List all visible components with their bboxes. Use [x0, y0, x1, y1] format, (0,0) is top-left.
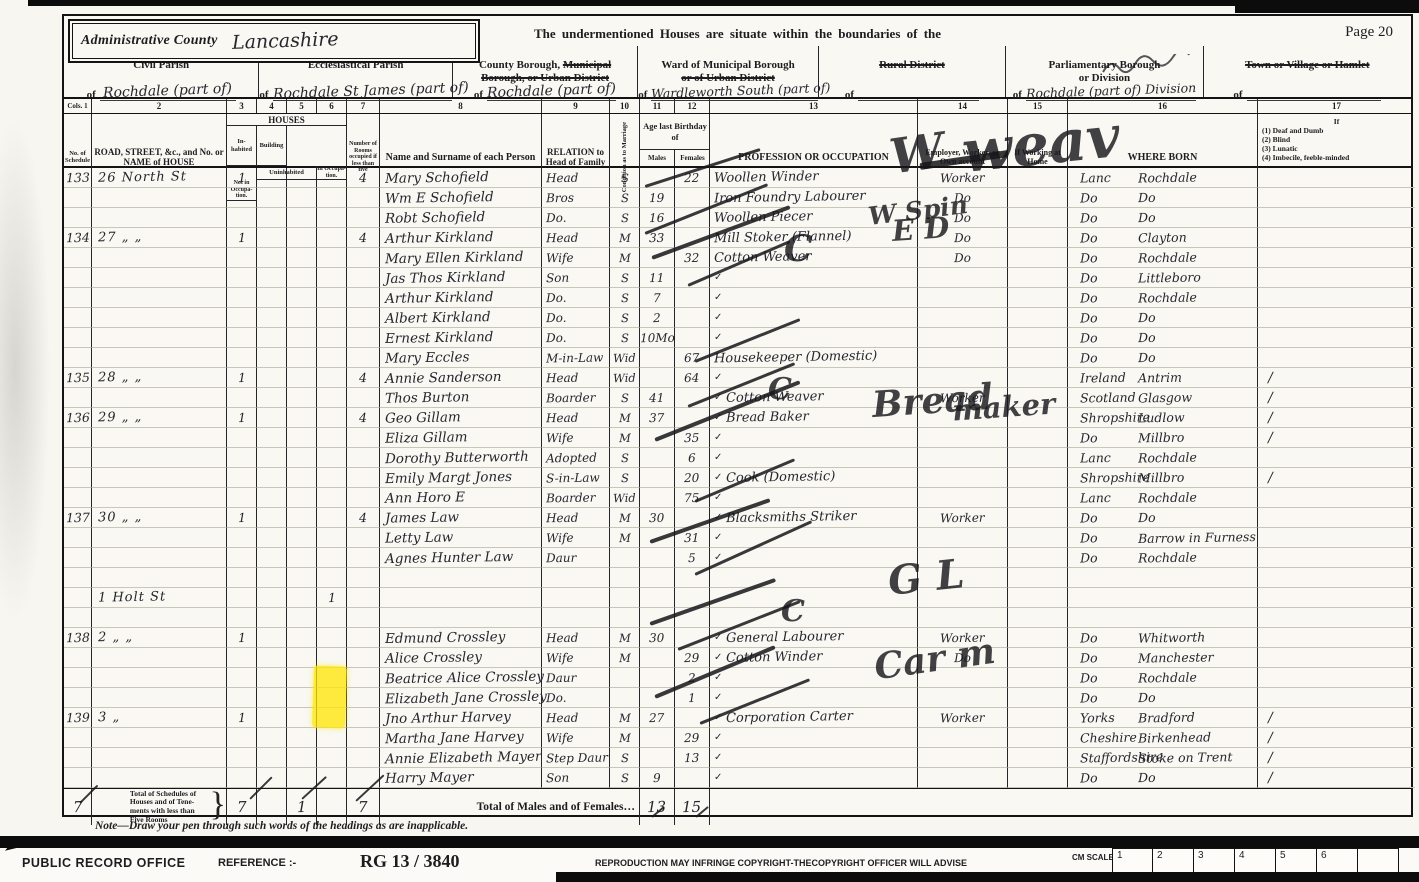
rooms-cell: [347, 548, 380, 568]
road-cell: [92, 468, 227, 488]
uninhabited-occupied-cell: [257, 708, 287, 728]
born-cell: LancRochdale: [1068, 448, 1258, 468]
employer-cell: [918, 688, 1008, 708]
census-row: Dorothy ButterworthAdoptedS6✓LancRochdal…: [64, 448, 1411, 468]
employer-cell: [918, 608, 1008, 628]
born-county: Lanc: [1080, 489, 1138, 505]
age-male-cell-text: 7: [653, 290, 661, 304]
schedule-cell: [64, 488, 92, 508]
column-number: 7: [347, 99, 380, 113]
road-cell: [92, 728, 227, 748]
home-work-cell: [1008, 588, 1068, 608]
age-male-cell: [640, 568, 675, 588]
occupation-cell: ✓: [710, 668, 918, 688]
age-female-cell-text: 13: [684, 750, 700, 764]
born-cell: IrelandAntrim: [1068, 368, 1258, 388]
condition-cell-text: Wid: [613, 490, 636, 504]
employer-cell-text: Worker: [940, 170, 985, 185]
relation-cell: Son: [542, 768, 610, 788]
uninhabited-occupied-cell: [257, 228, 287, 248]
uninhabited-occupied-cell: [257, 588, 287, 608]
name-cell: Agnes Hunter Law: [380, 548, 542, 568]
condition-cell-text: S: [620, 750, 628, 764]
inhabited-cell-text: 1: [237, 370, 245, 385]
home-work-cell: [1008, 568, 1068, 588]
name-cell: Alice Crossley: [380, 648, 542, 668]
employer-cell-text: Do: [954, 230, 971, 244]
highlighter-mark: [312, 665, 347, 728]
relation-cell-text: Daur: [546, 550, 576, 565]
age-male-cell: 9: [640, 768, 675, 788]
uninhabited-occupied-cell: [257, 248, 287, 268]
name-cell-text: Wm E Schofield: [385, 189, 494, 207]
name-cell: Eliza Gillam: [380, 428, 542, 448]
name-cell: Ann Horo E: [380, 488, 542, 508]
age-female-cell: 20: [675, 468, 710, 488]
infirmity-cell: [1258, 608, 1415, 628]
born-cell: [1068, 568, 1258, 588]
census-row: Eliza GillamWifeM35✓DoMillbro/: [64, 428, 1411, 448]
age-male-cell: [640, 548, 675, 568]
building-cell: [317, 528, 347, 548]
name-cell-text: Mary Ellen Kirkland: [385, 248, 524, 266]
condition-cell: [610, 608, 640, 628]
schedule-cell: [64, 668, 92, 688]
uninhabited-not-occupied-cell: [287, 228, 317, 248]
parliamentary-value: Rochdale (part of) Division: [1026, 80, 1197, 101]
of-label: of: [87, 89, 96, 101]
inhabited-cell: 1: [227, 708, 257, 728]
condition-cell: M: [610, 708, 640, 728]
relation-cell: Daur: [542, 668, 610, 688]
rooms-cell: [347, 728, 380, 748]
rooms-cell: [347, 188, 380, 208]
uninhabited-not-occupied-cell: [287, 248, 317, 268]
uninhabited-occupied-cell: [257, 608, 287, 628]
uninhabited-not-occupied-cell: [287, 268, 317, 288]
name-cell: Letty Law: [380, 528, 542, 548]
relation-cell: Wife: [542, 528, 610, 548]
road-cell: [92, 188, 227, 208]
age-female-cell-text: 29: [684, 650, 700, 664]
home-work-cell: [1008, 488, 1068, 508]
born-place: Rochdale: [1138, 249, 1197, 265]
age-male-cell: [640, 748, 675, 768]
schedule-cell: [64, 608, 92, 628]
born-place: Do: [1138, 350, 1156, 365]
age-female-cell-text: 29: [684, 730, 700, 744]
column-number: 15: [1008, 99, 1068, 113]
inhabited-cell-text: 1: [237, 410, 245, 425]
employer-cell-text: Do: [954, 210, 971, 224]
born-cell: DoRochdale: [1068, 668, 1258, 688]
condition-cell-text: S: [620, 390, 628, 404]
infirmity-cell-text: /: [1268, 709, 1273, 725]
relation-cell-text: Head: [546, 230, 579, 245]
rooms-cell-text: 4: [359, 410, 367, 425]
uninhabited-not-occupied-cell: [287, 428, 317, 448]
inhabited-cell: [227, 668, 257, 688]
employer-cell: [918, 528, 1008, 548]
born-cell: DoWhitworth: [1068, 628, 1258, 648]
uninhabited-not-occupied-cell: [287, 288, 317, 308]
name-cell-text: Jno Arthur Harvey: [385, 708, 511, 726]
building-cell: [317, 268, 347, 288]
inhabited-cell-text: 1: [237, 630, 245, 645]
scan-smudge-left: [0, 120, 50, 620]
name-cell-text: Alice Crossley: [385, 649, 482, 667]
schedule-cell-text: 134: [65, 230, 89, 245]
uninhabited-not-occupied-cell: [287, 188, 317, 208]
column-number: 13: [710, 99, 918, 113]
rooms-cell: [347, 648, 380, 668]
rooms-cell-text: 4: [359, 370, 367, 385]
age-female-cell: 6: [675, 448, 710, 468]
age-female-cell: 32: [675, 248, 710, 268]
building-cell: [317, 468, 347, 488]
born-county: Do: [1080, 689, 1138, 705]
administrative-county-box: Administrative County Lancashire: [68, 19, 480, 63]
uninhabited-occupied-cell: [257, 328, 287, 348]
born-cell: DoManchester: [1068, 648, 1258, 668]
born-place: Whitworth: [1138, 629, 1205, 645]
road-cell: [92, 428, 227, 448]
condition-cell-text: S: [620, 270, 628, 284]
employer-cell-text: Worker: [940, 630, 985, 645]
born-cell: DoDo: [1068, 208, 1258, 228]
checkmark: ✓: [714, 332, 722, 343]
inhabited-cell: 1: [227, 228, 257, 248]
name-cell: Martha Jane Harvey: [380, 728, 542, 748]
age-female-cell: 64: [675, 368, 710, 388]
inhabited-cell-text: 1: [237, 230, 245, 245]
census-row: Mary EcclesM-in-LawWid67Housekeeper (Dom…: [64, 348, 1411, 368]
inhabited-cell: [227, 388, 257, 408]
condition-cell-text: S: [620, 770, 628, 784]
born-cell: YorksBradford: [1068, 708, 1258, 728]
schedule-cell-text: 135: [65, 370, 89, 385]
born-place: Rochdale: [1138, 169, 1197, 185]
census-row: Martha Jane HarveyWifeM29✓CheshireBirken…: [64, 728, 1411, 748]
employer-cell: Do: [918, 248, 1008, 268]
uninhabited-not-occupied-cell: [287, 488, 317, 508]
road-cell: 2 „ „: [92, 628, 227, 648]
condition-cell-text: M: [618, 410, 630, 424]
born-place: Millbro: [1138, 430, 1185, 446]
inhabited-cell: 1: [227, 508, 257, 528]
col-header-inhabited: In- habited: [227, 138, 256, 152]
schedule-cell: [64, 688, 92, 708]
home-work-cell: [1008, 608, 1068, 628]
name-cell-text: Dorothy Butterworth: [385, 448, 529, 467]
uninhabited-not-occupied-cell: [287, 388, 317, 408]
occupation-cell: ✓: [710, 268, 918, 288]
uninhabited-occupied-cell: [257, 528, 287, 548]
name-cell-text: Agnes Hunter Law: [385, 548, 513, 566]
born-cell: DoDo: [1068, 688, 1258, 708]
infirmity-cell: [1258, 488, 1415, 508]
uninhabited-occupied-cell: [257, 628, 287, 648]
schedule-cell: 135: [64, 368, 92, 388]
schedule-cell: 134: [64, 228, 92, 248]
schedule-cell: 136: [64, 408, 92, 428]
infirmity-cell-text: /: [1268, 749, 1273, 765]
name-cell: Harry Mayer: [380, 768, 542, 788]
occupation-cell: ✓: [710, 728, 918, 748]
rooms-cell: [347, 748, 380, 768]
ward-title: Ward of Municipal Borough: [638, 59, 817, 72]
infirmity-cell: /: [1258, 428, 1415, 448]
relation-cell: Wife: [542, 728, 610, 748]
uninhabited-not-occupied-cell: [287, 308, 317, 328]
relation-cell: Do.: [542, 308, 610, 328]
relation-cell-text: Adopted: [546, 450, 597, 465]
born-county: Do: [1080, 349, 1138, 365]
relation-cell: Head: [542, 408, 610, 428]
road-cell: 30 „ „: [92, 508, 227, 528]
infirmity-cell: [1258, 568, 1415, 588]
column-number: 16: [1068, 99, 1258, 113]
age-female-cell: 29: [675, 728, 710, 748]
road-cell: 27 „ „: [92, 228, 227, 248]
inhabited-cell: [227, 268, 257, 288]
col-header-born: WHERE BORN: [1128, 152, 1198, 164]
infirmity-cell: [1258, 348, 1415, 368]
relation-cell: [542, 588, 610, 608]
employer-cell: [918, 268, 1008, 288]
name-cell-text: Letty Law: [385, 529, 454, 546]
age-male-cell: 41: [640, 388, 675, 408]
uninhabited-not-occupied-cell: [287, 468, 317, 488]
road-cell: [92, 248, 227, 268]
age-female-cell-text: 20: [684, 470, 700, 484]
uninhabited-not-occupied-cell: [287, 348, 317, 368]
age-female-cell: [675, 768, 710, 788]
uninhabited-not-occupied-cell: [287, 368, 317, 388]
infirmity-cell-text: /: [1268, 769, 1273, 785]
checkmark: ✓: [714, 312, 722, 323]
occupation-cell: ✓: [710, 768, 918, 788]
building-cell: [317, 168, 347, 188]
inhabited-cell: 1: [227, 408, 257, 428]
road-cell: [92, 748, 227, 768]
born-county: Scotland: [1080, 389, 1138, 405]
employer-cell-text: Worker: [940, 710, 985, 725]
column-number: 6: [317, 99, 347, 113]
rooms-cell: [347, 328, 380, 348]
census-row: 1393 „1Jno Arthur HarveyHeadM27✓Corporat…: [64, 708, 1411, 728]
relation-cell-text: Daur: [546, 670, 576, 685]
age-female-cell-text: 35: [684, 430, 700, 444]
born-place: Clayton: [1138, 230, 1187, 246]
home-work-cell: [1008, 188, 1068, 208]
col-header-road: ROAD, STREET, &c., and No. or NAME of HO…: [94, 147, 224, 168]
relation-cell: Adopted: [542, 448, 610, 468]
building-cell: [317, 508, 347, 528]
town-village-title: Town or Village or Hamlet: [1204, 59, 1411, 72]
name-cell: Geo Gillam: [380, 408, 542, 428]
rooms-cell: [347, 668, 380, 688]
rooms-cell: [347, 248, 380, 268]
born-cell: StaffordshireStoke on Trent: [1068, 748, 1258, 768]
born-cell: LancRochdale: [1068, 488, 1258, 508]
road-cell: 29 „ „: [92, 408, 227, 428]
born-county: Do: [1080, 429, 1138, 445]
inhabited-cell: [227, 768, 257, 788]
copyright-notice: REPRODUCTION MAY INFRINGE COPYRIGHT-THEC…: [595, 858, 967, 868]
relation-cell: Wife: [542, 248, 610, 268]
road-cell: 1 Holt St: [92, 588, 227, 608]
schedule-cell: [64, 308, 92, 328]
born-county: Do: [1080, 549, 1138, 565]
home-work-cell: [1008, 408, 1068, 428]
infirmity-cell: /: [1258, 368, 1415, 388]
born-cell: DoLittleboro: [1068, 268, 1258, 288]
employer-cell: Do: [918, 208, 1008, 228]
uninhabited-occupied-cell: [257, 728, 287, 748]
building-cell: [317, 448, 347, 468]
employer-cell-text: Do: [954, 650, 971, 664]
name-cell-text: Mary Eccles: [385, 349, 470, 366]
employer-cell: Do: [918, 648, 1008, 668]
building-cell: [317, 728, 347, 748]
relation-cell-text: Boarder: [546, 490, 596, 505]
age-female-cell: [675, 188, 710, 208]
condition-cell: [610, 688, 640, 708]
pencil-scrawl: [1101, 54, 1193, 78]
condition-cell: [610, 668, 640, 688]
rooms-cell: [347, 268, 380, 288]
born-county: Shropshire: [1080, 469, 1138, 485]
born-cell: DoRochdale: [1068, 288, 1258, 308]
home-work-cell: [1008, 328, 1068, 348]
col-header-name: Name and Surname of each Person: [386, 152, 536, 164]
of-label: of: [638, 89, 647, 101]
age-male-cell-text: 9: [653, 770, 661, 784]
born-place: Do: [1138, 510, 1156, 525]
age-male-cell: [640, 728, 675, 748]
name-cell: Annie Elizabeth Mayer: [380, 748, 542, 768]
name-cell: Emily Margt Jones: [380, 468, 542, 488]
relation-cell: Boarder: [542, 488, 610, 508]
relation-cell: Do.: [542, 328, 610, 348]
name-cell: Mary Schofield: [380, 168, 542, 188]
name-cell-text: Albert Kirkland: [385, 309, 491, 327]
uninhabited-not-occupied-cell: [287, 628, 317, 648]
rooms-cell: [347, 768, 380, 788]
home-work-cell: [1008, 348, 1068, 368]
relation-cell: Head: [542, 708, 610, 728]
census-row: Alice CrossleyWifeM29✓Cotton WinderDoDoM…: [64, 648, 1411, 668]
condition-cell-text: Wid: [613, 370, 636, 384]
inhabited-cell: [227, 328, 257, 348]
uninhabited-occupied-cell: [257, 548, 287, 568]
road-cell-text: 27 „ „: [98, 230, 143, 246]
inhabited-cell: 1: [227, 628, 257, 648]
road-cell: [92, 288, 227, 308]
condition-cell: M: [610, 648, 640, 668]
born-cell: DoDo: [1068, 328, 1258, 348]
relation-cell-text: Do.: [546, 290, 567, 304]
born-cell: ShropshireMillbro: [1068, 468, 1258, 488]
uninhabited-not-occupied-cell: [287, 748, 317, 768]
relation-cell: Son: [542, 268, 610, 288]
born-cell: [1068, 608, 1258, 628]
name-cell-text: Annie Sanderson: [385, 368, 502, 386]
building-cell: [317, 228, 347, 248]
age-male-cell: 2: [640, 308, 675, 328]
rooms-cell: [347, 348, 380, 368]
employer-cell: [918, 748, 1008, 768]
condition-cell-text: M: [618, 630, 630, 644]
born-cell: ScotlandGlasgow: [1068, 388, 1258, 408]
infirmity-cell-text: /: [1268, 409, 1273, 425]
county-borough-cell: County Borough, Municipal Borough, or Ur…: [453, 46, 638, 97]
schedule-cell: 139: [64, 708, 92, 728]
checkmark: ✓: [714, 532, 722, 543]
infirmity-cell: /: [1258, 388, 1415, 408]
inhabited-cell: [227, 308, 257, 328]
name-cell: Robt Schofield: [380, 208, 542, 228]
condition-cell: M: [610, 248, 640, 268]
inhabited-cell: [227, 528, 257, 548]
checkmark: ✓: [714, 652, 722, 663]
home-work-cell: [1008, 208, 1068, 228]
occupation-cell: Iron Foundry Labourer: [710, 188, 918, 208]
relation-cell-text: Wife: [546, 650, 574, 664]
employer-cell: [918, 588, 1008, 608]
rooms-cell: [347, 448, 380, 468]
uninhabited-occupied-cell: [257, 168, 287, 188]
building-cell: 1: [317, 588, 347, 608]
column-headers-row: No. of Schedule ROAD, STREET, &c., and N…: [64, 114, 1411, 168]
age-male-cell: [640, 448, 675, 468]
condition-cell-text: M: [618, 730, 630, 744]
relation-cell: Boarder: [542, 388, 610, 408]
name-cell-text: Mary Schofield: [385, 169, 489, 187]
relation-cell: Head: [542, 368, 610, 388]
parliamentary-borough-cell: Parliamentary Borough or Division of Roc…: [1006, 46, 1203, 97]
home-work-cell: [1008, 468, 1068, 488]
born-place: Do: [1138, 190, 1156, 205]
census-form: Administrative County Lancashire The und…: [62, 14, 1413, 817]
born-county: Lanc: [1080, 169, 1138, 185]
col-header-females: Females: [675, 150, 710, 166]
condition-cell-text: M: [618, 230, 630, 244]
home-work-cell: [1008, 288, 1068, 308]
home-work-cell: [1008, 768, 1068, 788]
age-male-cell: [640, 668, 675, 688]
building-cell: [317, 288, 347, 308]
col-header-home: If Working at Home: [1010, 148, 1065, 167]
condition-cell-text: S: [620, 450, 628, 464]
name-cell-text: Annie Elizabeth Mayer: [385, 748, 542, 767]
road-cell: [92, 688, 227, 708]
condition-cell-text: S: [620, 210, 628, 224]
age-male-cell-text: 11: [649, 270, 665, 284]
born-cell: DoDo: [1068, 348, 1258, 368]
employer-cell: Worker: [918, 168, 1008, 188]
road-cell: [92, 608, 227, 628]
name-cell: Jno Arthur Harvey: [380, 708, 542, 728]
born-place: Bradford: [1138, 710, 1195, 726]
occupation-cell: [710, 568, 918, 588]
rooms-cell-text: 4: [359, 170, 367, 185]
employer-cell: [918, 768, 1008, 788]
infirmity-cell: [1258, 228, 1415, 248]
road-cell-text: 1 Holt St: [98, 589, 166, 605]
schedule-cell: 133: [64, 168, 92, 188]
